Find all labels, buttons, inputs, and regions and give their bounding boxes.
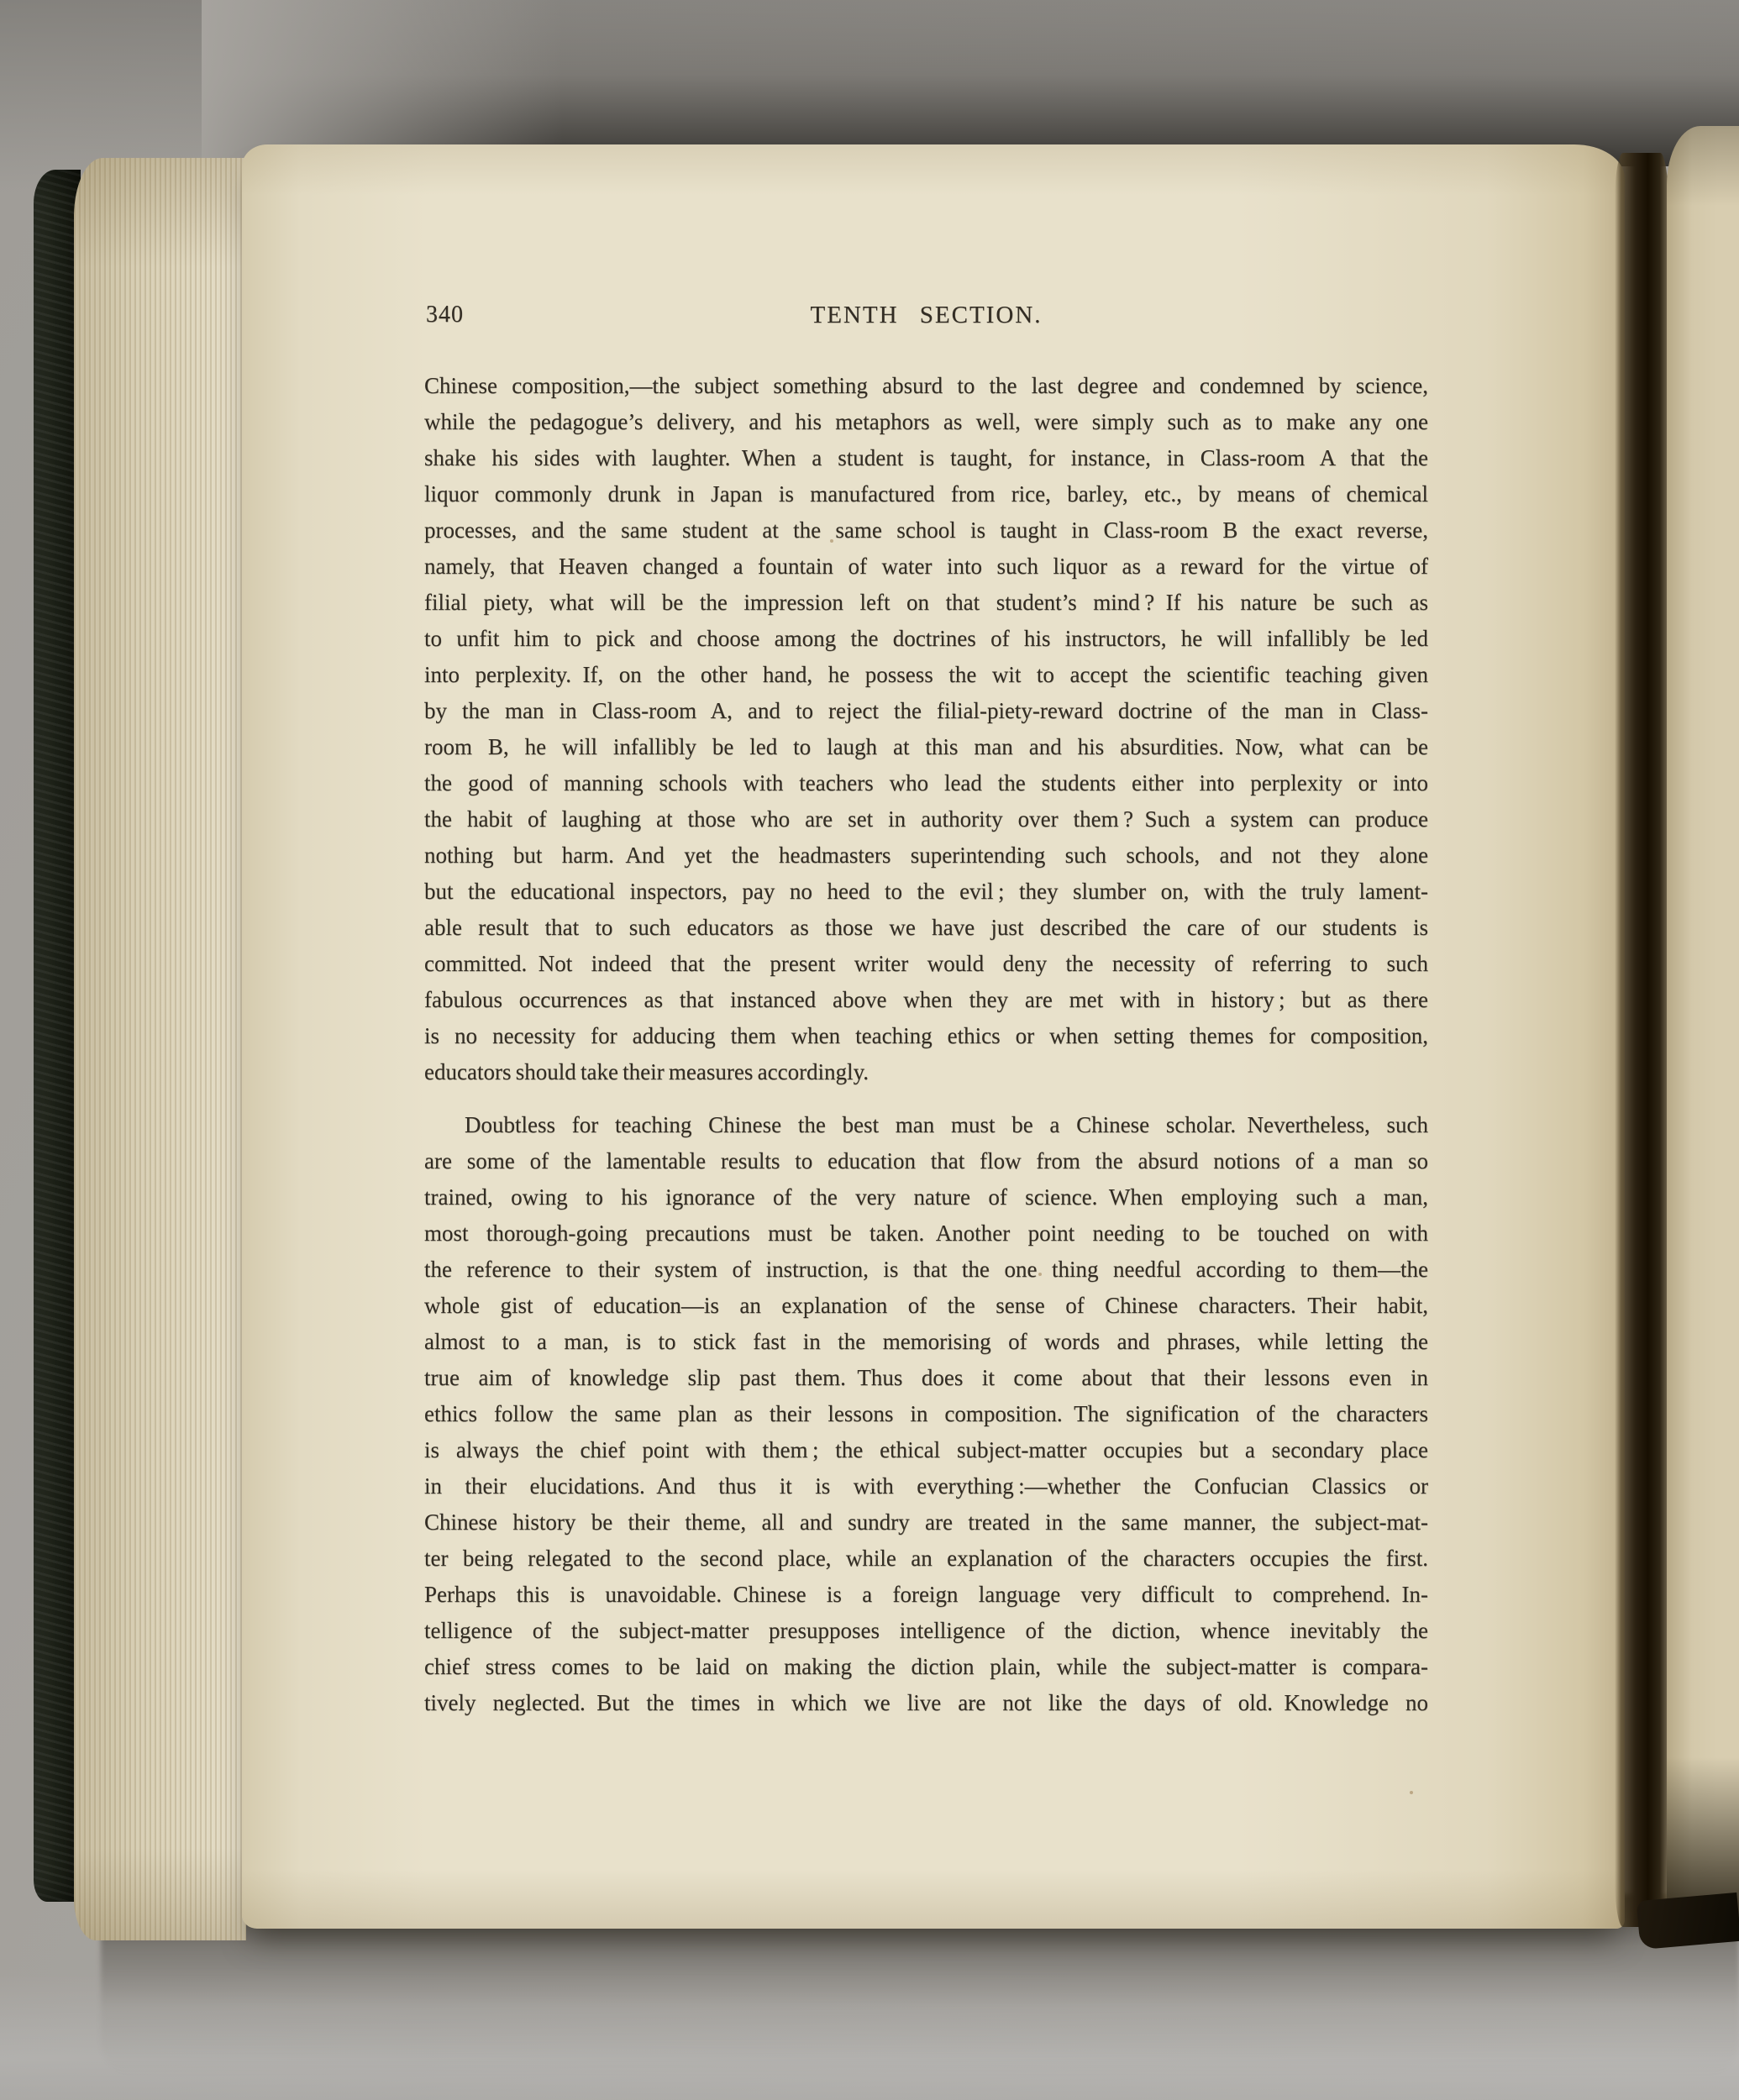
text-line: educators should take their measures acc… xyxy=(424,1054,1428,1090)
gutter-shadow xyxy=(1615,153,1668,1927)
text-line: by the man in Class-room A, and to rejec… xyxy=(424,693,1428,729)
right-page-edge xyxy=(1667,126,1739,1919)
book-top-shadow xyxy=(202,0,1739,166)
text-line: nothing but harm. And yet the headmaster… xyxy=(424,837,1428,874)
text-line: ter being relegated to the second place,… xyxy=(424,1541,1428,1577)
text-line: whole gist of education—is an explanatio… xyxy=(424,1288,1428,1324)
text-line: chief stress comes to be laid on making … xyxy=(424,1649,1428,1685)
paragraph: Chinese composition,—the subject somethi… xyxy=(424,368,1428,1090)
text-line: is always the chief point with them ; th… xyxy=(424,1432,1428,1468)
text-line: in their elucidations. And thus it is wi… xyxy=(424,1468,1428,1504)
text-line: tively neglected. But the times in which… xyxy=(424,1685,1428,1721)
text-line: liquor commonly drunk in Japan is manufa… xyxy=(424,476,1428,512)
text-line: but the educational inspectors, pay no h… xyxy=(424,874,1428,910)
text-line: ethics follow the same plan as their les… xyxy=(424,1396,1428,1432)
text-line: the good of manning schools with teacher… xyxy=(424,765,1428,801)
page-stack-fore-edge xyxy=(74,158,246,1940)
book-page: 340 TENTH SECTION. Chinese composition,—… xyxy=(242,144,1625,1929)
text-line: committed. Not indeed that the present w… xyxy=(424,946,1428,982)
text-line: into perplexity. If, on the other hand, … xyxy=(424,657,1428,693)
text-line: fabulous occurrences as that instanced a… xyxy=(424,982,1428,1018)
text-line: shake his sides with laughter. When a st… xyxy=(424,440,1428,476)
text-line: namely, that Heaven changed a fountain o… xyxy=(424,549,1428,585)
text-line: telligence of the subject-matter presupp… xyxy=(424,1613,1428,1649)
running-header: TENTH SECTION. xyxy=(424,301,1428,329)
text-line: most thorough-going precautions must be … xyxy=(424,1215,1428,1252)
text-line: true aim of knowledge slip past them. Th… xyxy=(424,1360,1428,1396)
text-line: while the pedagogue’s delivery, and his … xyxy=(424,404,1428,440)
text-line: Perhaps this is unavoidable. Chinese is … xyxy=(424,1577,1428,1613)
text-line: trained, owing to his ignorance of the v… xyxy=(424,1179,1428,1215)
text-line: are some of the lamentable results to ed… xyxy=(424,1143,1428,1179)
text-line: filial piety, what will be the impressio… xyxy=(424,585,1428,621)
text-line: processes, and the same student at the s… xyxy=(424,512,1428,549)
scanner-background: { "page": { "number": "340", "running_he… xyxy=(0,0,1739,2100)
page-content: 340 TENTH SECTION. Chinese composition,—… xyxy=(424,144,1428,1929)
body-text: Chinese composition,—the subject somethi… xyxy=(424,368,1428,1721)
text-line: Chinese composition,—the subject somethi… xyxy=(424,368,1428,404)
text-line: almost to a man, is to stick fast in the… xyxy=(424,1324,1428,1360)
text-line: the habit of laughing at those who are s… xyxy=(424,801,1428,837)
text-line: Chinese history be their theme, all and … xyxy=(424,1504,1428,1541)
paragraph: Doubtless for teaching Chinese the best … xyxy=(424,1107,1428,1721)
text-line: the reference to their system of instruc… xyxy=(424,1252,1428,1288)
bottom-right-cover-corner xyxy=(1637,1893,1739,1950)
text-line: is no necessity for adducing them when t… xyxy=(424,1018,1428,1054)
text-line: Doubtless for teaching Chinese the best … xyxy=(424,1107,1428,1143)
text-line: to unfit him to pick and choose among th… xyxy=(424,621,1428,657)
text-line: able result that to such educators as th… xyxy=(424,910,1428,946)
text-line: room B, he will infallibly be led to lau… xyxy=(424,729,1428,765)
